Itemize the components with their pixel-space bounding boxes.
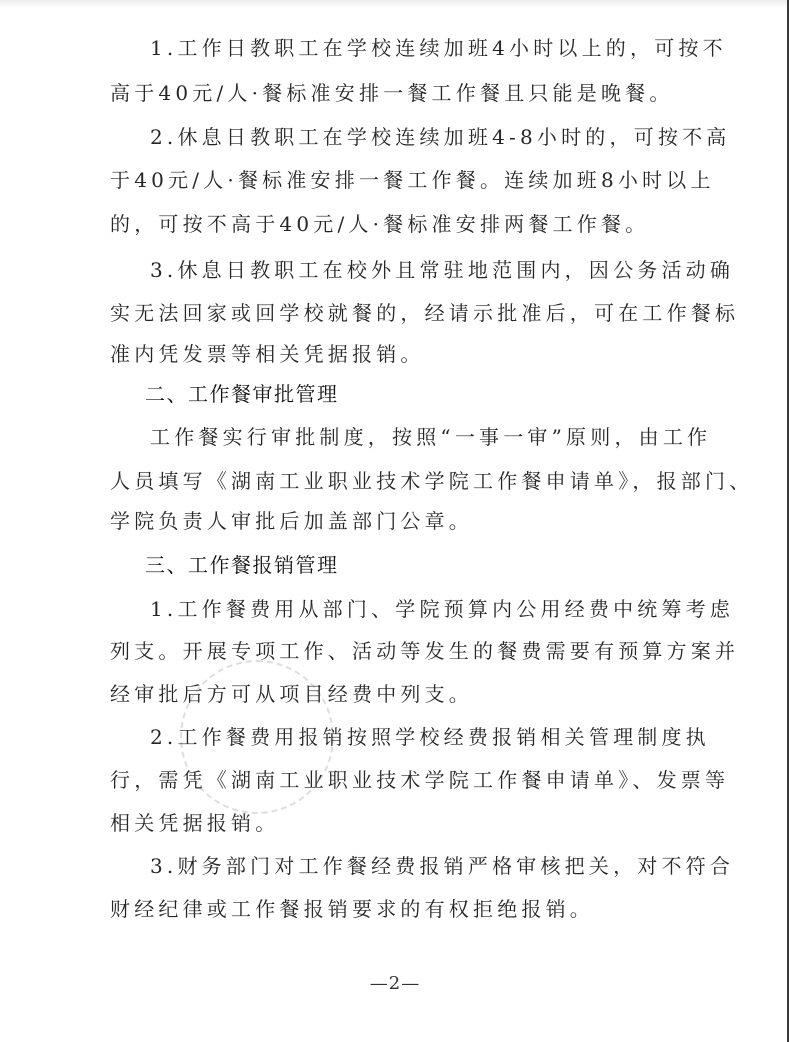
paragraph-line: 2.休息日教职工在学校连续加班4-8小时的，可按不高 [150, 125, 731, 149]
paragraph-line: 行，需凭《湖南工业职业技术学院工作餐申请单》、发票等 [110, 768, 729, 792]
paragraph-line: 1.工作餐费用从部门、学院预算内公用经费中统筹考虑 [150, 597, 734, 621]
paragraph-line: 工作餐实行审批制度，按照“一事一审”原则，由工作 [150, 425, 711, 449]
paragraph-line: 准内凭发票等相关凭据报销。 [110, 342, 425, 366]
paragraph-line: 于40元/人·餐标准安排一餐工作餐。连续加班8小时以上 [110, 168, 715, 192]
section-heading-approval: 二、工作餐审批管理 [145, 382, 339, 406]
section-heading-reimbursement: 三、工作餐报销管理 [145, 553, 339, 577]
document-page: 1.工作日教职工在学校连续加班4小时以上的，可按不 高于40元/人·餐标准安排一… [0, 0, 787, 1042]
paragraph-line: 的，可按不高于40元/人·餐标准安排两餐工作餐。 [110, 212, 649, 236]
paragraph-line: 实无法回家或回学校就餐的，经请示批准后，可在工作餐标 [110, 301, 739, 325]
paragraph-line: 高于40元/人·餐标准安排一餐工作餐且只能是晚餐。 [110, 81, 674, 105]
paragraph-line: 人员填写《湖南工业职业技术学院工作餐申请单》，报部门、 [110, 469, 753, 493]
paragraph-line: 3.财务部门对工作餐经费报销严格审核把关，对不符合 [150, 854, 734, 878]
paragraph-line: 学院负责人审批后加盖部门公章。 [110, 509, 473, 533]
paragraph-line: 3.休息日教职工在校外且常驻地范围内，因公务活动确 [150, 258, 734, 282]
page-number: —2— [350, 972, 440, 996]
paragraph-line: 经审批后方可从项目经费中列支。 [110, 682, 473, 706]
paragraph-line: 2.工作餐费用报销按照学校经费报销相关管理制度执 [150, 725, 710, 749]
paragraph-line: 相关凭据报销。 [110, 811, 279, 835]
paragraph-line: 财经纪律或工作餐报销要求的有权拒绝报销。 [110, 897, 594, 921]
paragraph-line: 1.工作日教职工在学校连续加班4小时以上的，可按不 [150, 36, 727, 60]
paragraph-line: 列支。开展专项工作、活动等发生的餐费需要有预算方案并 [110, 639, 739, 663]
